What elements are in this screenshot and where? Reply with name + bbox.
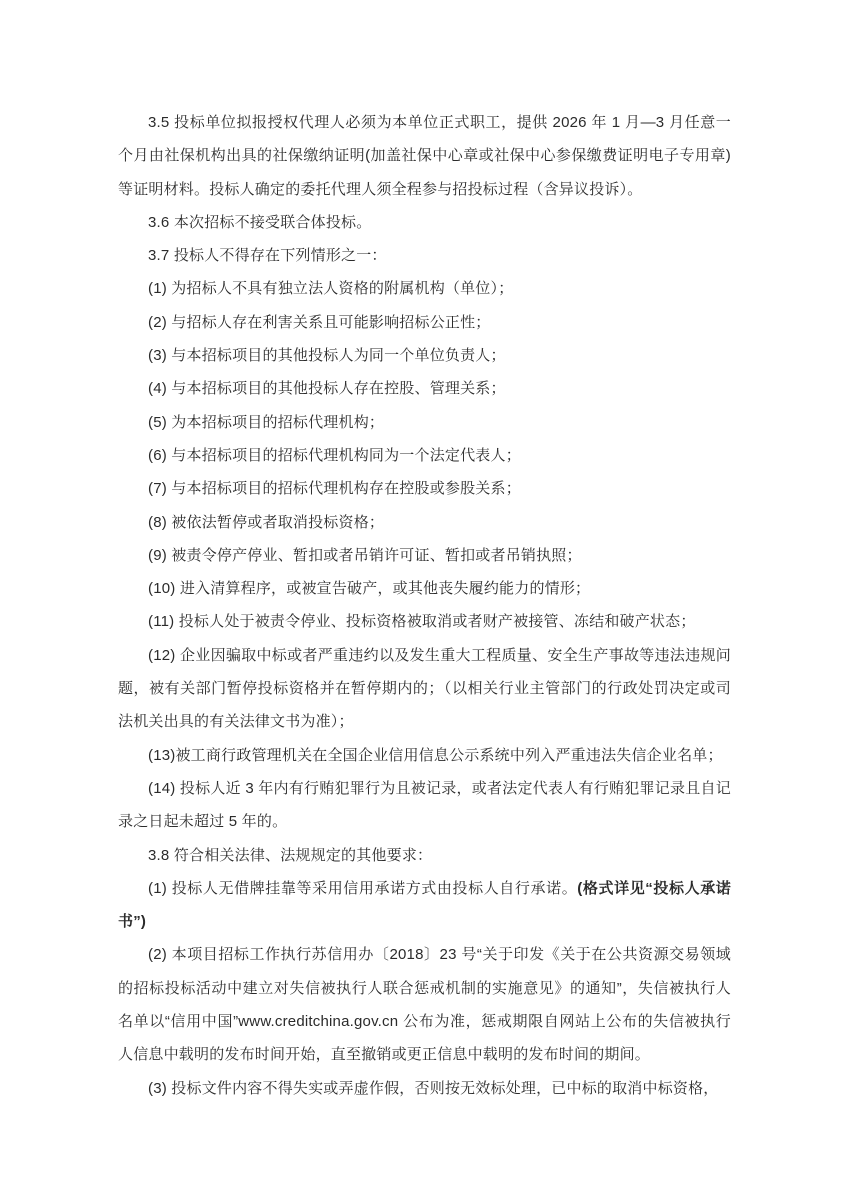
- document-body: 3.5 投标单位拟报授权代理人必须为本单位正式职工，提供 2026 年 1 月—…: [118, 106, 731, 1105]
- text-run: (1) 为招标人不具有独立法人资格的附属机构（单位）；: [148, 280, 513, 297]
- text-run: (10) 进入清算程序，或被宣告破产，或其他丧失履约能力的情形；: [148, 580, 590, 597]
- requirement-item-2: (2) 本项目招标工作执行苏信用办〔2018〕23 号“关于印发《关于在公共资源…: [118, 938, 731, 1071]
- condition-item-9: (9) 被责令停产停业、暂扣或者吊销许可证、暂扣或者吊销执照；: [118, 539, 731, 572]
- text-run: (2) 与招标人存在利害关系且可能影响招标公正性；: [148, 314, 491, 331]
- text-run: 3.6 本次招标不接受联合体投标。: [148, 214, 371, 231]
- text-run: (11) 投标人处于被责令停业、投标资格被取消或者财产被接管、冻结和破产状态；: [148, 613, 696, 630]
- text-run: (2) 本项目招标工作执行苏信用办〔2018〕23 号“关于印发《关于在公共资源…: [118, 946, 731, 1063]
- text-run: 3.7 投标人不得存在下列情形之一：: [148, 247, 387, 264]
- text-run: (4) 与本招标项目的其他投标人存在控股、管理关系；: [148, 380, 506, 397]
- condition-item-11: (11) 投标人处于被责令停业、投标资格被取消或者财产被接管、冻结和破产状态；: [118, 605, 731, 638]
- text-run: (9) 被责令停产停业、暂扣或者吊销许可证、暂扣或者吊销执照；: [148, 547, 582, 564]
- clause-3-8: 3.8 符合相关法律、法规规定的其他要求：: [118, 839, 731, 872]
- text-run: (13)被工商行政管理机关在全国企业信用信息公示系统中列入严重违法失信企业名单；: [148, 747, 723, 764]
- condition-item-4: (4) 与本招标项目的其他投标人存在控股、管理关系；: [118, 372, 731, 405]
- text-run: (3) 与本招标项目的其他投标人为同一个单位负责人；: [148, 347, 506, 364]
- condition-item-1: (1) 为招标人不具有独立法人资格的附属机构（单位）；: [118, 272, 731, 305]
- condition-item-7: (7) 与本招标项目的招标代理机构存在控股或参股关系；: [118, 472, 731, 505]
- text-run: (7) 与本招标项目的招标代理机构存在控股或参股关系；: [148, 480, 521, 497]
- condition-item-13: (13)被工商行政管理机关在全国企业信用信息公示系统中列入严重违法失信企业名单；: [118, 739, 731, 772]
- text-run: (5) 为本招标项目的招标代理机构；: [148, 414, 384, 431]
- clause-3-5: 3.5 投标单位拟报授权代理人必须为本单位正式职工，提供 2026 年 1 月—…: [118, 106, 731, 206]
- condition-item-8: (8) 被依法暂停或者取消投标资格；: [118, 506, 731, 539]
- requirement-item-3: (3) 投标文件内容不得失实或弄虚作假，否则按无效标处理，已中标的取消中标资格，: [118, 1072, 731, 1105]
- condition-item-5: (5) 为本招标项目的招标代理机构；: [118, 406, 731, 439]
- text-run: (6) 与本招标项目的招标代理机构同为一个法定代表人；: [148, 447, 521, 464]
- condition-item-6: (6) 与本招标项目的招标代理机构同为一个法定代表人；: [118, 439, 731, 472]
- condition-item-14: (14) 投标人近 3 年内有行贿犯罪行为且被记录，或者法定代表人有行贿犯罪记录…: [118, 772, 731, 839]
- text-run: (1) 投标人无借牌挂靠等采用信用承诺方式由投标人自行承诺。: [148, 880, 577, 897]
- text-run: (14) 投标人近 3 年内有行贿犯罪行为且被记录，或者法定代表人有行贿犯罪记录…: [118, 780, 731, 830]
- clause-3-6: 3.6 本次招标不接受联合体投标。: [118, 206, 731, 239]
- text-run: (12) 企业因骗取中标或者严重违约以及发生重大工程质量、安全生产事故等违法违规…: [118, 647, 731, 731]
- requirement-item-1: (1) 投标人无借牌挂靠等采用信用承诺方式由投标人自行承诺。(格式详见“投标人承…: [118, 872, 731, 939]
- text-run: 3.8 符合相关法律、法规规定的其他要求：: [148, 847, 432, 864]
- text-run: (8) 被依法暂停或者取消投标资格；: [148, 514, 384, 531]
- condition-item-12: (12) 企业因骗取中标或者严重违约以及发生重大工程质量、安全生产事故等违法违规…: [118, 639, 731, 739]
- document-page: 3.5 投标单位拟报授权代理人必须为本单位正式职工，提供 2026 年 1 月—…: [0, 0, 848, 1200]
- condition-item-10: (10) 进入清算程序，或被宣告破产，或其他丧失履约能力的情形；: [118, 572, 731, 605]
- text-run: (3) 投标文件内容不得失实或弄虚作假，否则按无效标处理，已中标的取消中标资格，: [148, 1080, 719, 1097]
- condition-item-2: (2) 与招标人存在利害关系且可能影响招标公正性；: [118, 306, 731, 339]
- clause-3-7: 3.7 投标人不得存在下列情形之一：: [118, 239, 731, 272]
- text-run: 3.5 投标单位拟报授权代理人必须为本单位正式职工，提供 2026 年 1 月—…: [118, 114, 731, 198]
- condition-item-3: (3) 与本招标项目的其他投标人为同一个单位负责人；: [118, 339, 731, 372]
